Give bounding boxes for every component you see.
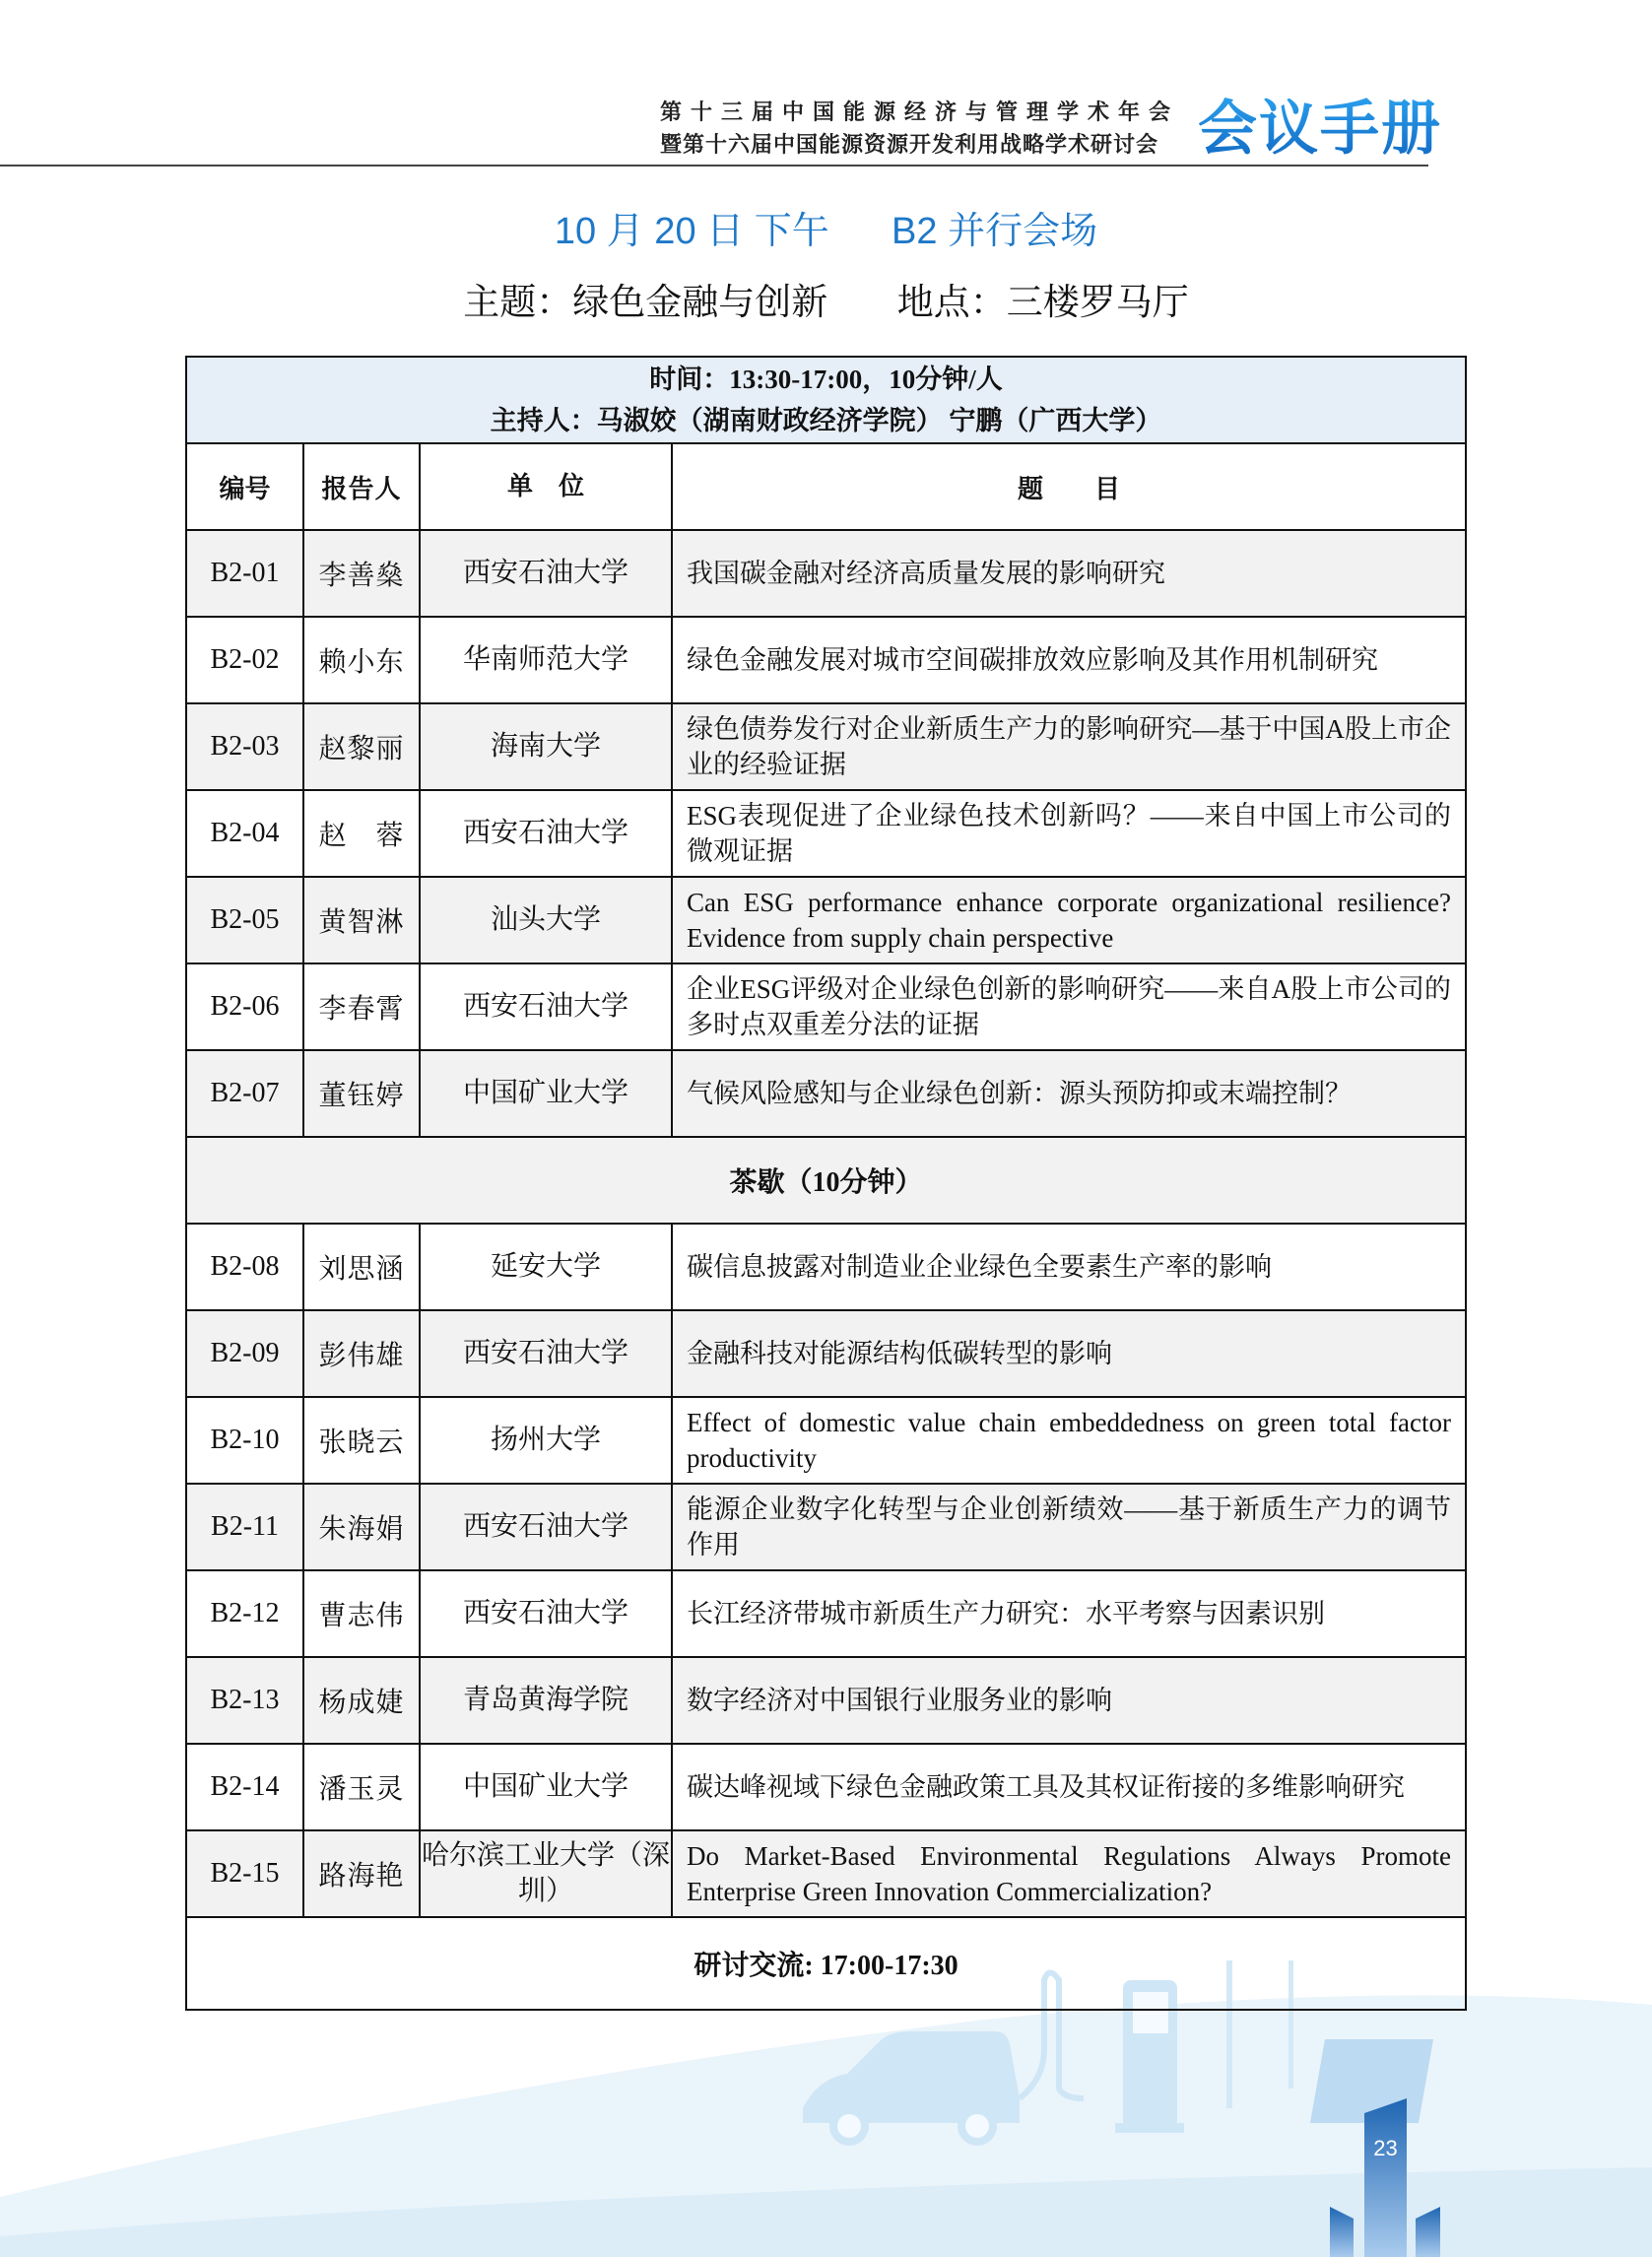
paper-id: B2-02 <box>186 617 303 703</box>
discussion-label: 研讨交流: 17:00-17:30 <box>186 1917 1466 2010</box>
paper-title: ESG表现促进了企业绿色技术创新吗？——来自中国上市公司的微观证据 <box>672 790 1466 877</box>
table-row: B2-06 李春霄 西安石油大学 企业ESG评级对企业绿色创新的影响研究——来自… <box>186 963 1466 1050</box>
column-header-speaker: 报告人 <box>303 443 420 530</box>
speaker-organization: 汕头大学 <box>420 877 672 963</box>
speaker-name: 曹志伟 <box>303 1570 420 1657</box>
conference-name-line2: 暨第十六届中国能源资源开发利用战略学术研讨会 <box>660 130 1179 162</box>
paper-title: 我国碳金融对经济高质量发展的影响研究 <box>672 530 1466 617</box>
speaker-organization: 西安石油大学 <box>420 790 672 877</box>
paper-id: B2-06 <box>186 963 303 1050</box>
conference-name-line1: 第十三届中国能源经济与管理学术年会 <box>660 97 1179 130</box>
paper-id: B2-14 <box>186 1744 303 1830</box>
schedule-table: 时间：13:30-17:00，10分钟/人 主持人：马淑姣（湖南财政经济学院） … <box>185 356 1467 2011</box>
speaker-name: 赵黎丽 <box>303 703 420 790</box>
table-row: B2-09 彭伟雄 西安石油大学 金融科技对能源结构低碳转型的影响 <box>186 1310 1466 1397</box>
session-info-band: 时间：13:30-17:00，10分钟/人 主持人：马淑姣（湖南财政经济学院） … <box>186 357 1466 443</box>
paper-id: B2-09 <box>186 1310 303 1397</box>
paper-title: 企业ESG评级对企业绿色创新的影响研究——来自A股上市公司的多时点双重差分法的证… <box>672 963 1466 1050</box>
speaker-name: 李春霄 <box>303 963 420 1050</box>
paper-title: 长江经济带城市新质生产力研究：水平考察与因素识别 <box>672 1570 1466 1657</box>
speaker-organization: 西安石油大学 <box>420 963 672 1050</box>
paper-id: B2-11 <box>186 1484 303 1570</box>
table-row: B2-10 张晓云 扬州大学 Effect of domestic value … <box>186 1397 1466 1484</box>
table-row: B2-05 黄智淋 汕头大学 Can ESG performance enhan… <box>186 877 1466 963</box>
speaker-organization: 哈尔滨工业大学（深圳） <box>420 1830 672 1917</box>
paper-id: B2-08 <box>186 1224 303 1310</box>
speaker-organization: 华南师范大学 <box>420 617 672 703</box>
speaker-organization: 扬州大学 <box>420 1397 672 1484</box>
paper-title: 碳达峰视域下绿色金融政策工具及其权证衔接的多维影响研究 <box>672 1744 1466 1830</box>
speaker-organization: 中国矿业大学 <box>420 1744 672 1830</box>
paper-id: B2-12 <box>186 1570 303 1657</box>
table-row: B2-13 杨成婕 青岛黄海学院 数字经济对中国银行业服务业的影响 <box>186 1657 1466 1744</box>
speaker-organization: 青岛黄海学院 <box>420 1657 672 1744</box>
table-row: B2-08 刘思涵 延安大学 碳信息披露对制造业企业绿色全要素生产率的影响 <box>186 1224 1466 1310</box>
tea-break-row: 茶歇（10分钟） <box>186 1137 1466 1224</box>
table-row: B2-01 李善燊 西安石油大学 我国碳金融对经济高质量发展的影响研究 <box>186 530 1466 617</box>
table-row: B2-11 朱海娟 西安石油大学 能源企业数字化转型与企业创新绩效——基于新质生… <box>186 1484 1466 1570</box>
column-header-title: 题 目 <box>672 443 1466 530</box>
session-time: 时间：13:30-17:00，10分钟/人 <box>187 359 1465 400</box>
paper-id: B2-04 <box>186 790 303 877</box>
session-title: 10 月 20 日 下午 B2 并行会场 <box>0 207 1652 256</box>
speaker-name: 彭伟雄 <box>303 1310 420 1397</box>
speaker-name: 张晓云 <box>303 1397 420 1484</box>
table-row: B2-14 潘玉灵 中国矿业大学 碳达峰视域下绿色金融政策工具及其权证衔接的多维… <box>186 1744 1466 1830</box>
header-divider <box>0 165 1428 166</box>
speaker-name: 董钰婷 <box>303 1050 420 1137</box>
paper-title: 数字经济对中国银行业服务业的影响 <box>672 1657 1466 1744</box>
table-row: B2-07 董钰婷 中国矿业大学 气候风险感知与企业绿色创新：源头预防抑或末端控… <box>186 1050 1466 1137</box>
paper-title: 能源企业数字化转型与企业创新绩效——基于新质生产力的调节作用 <box>672 1484 1466 1570</box>
paper-id: B2-07 <box>186 1050 303 1137</box>
speaker-organization: 延安大学 <box>420 1224 672 1310</box>
table-row: B2-12 曹志伟 西安石油大学 长江经济带城市新质生产力研究：水平考察与因素识… <box>186 1570 1466 1657</box>
paper-title: 绿色金融发展对城市空间碳排放效应影响及其作用机制研究 <box>672 617 1466 703</box>
speaker-name: 黄智淋 <box>303 877 420 963</box>
speaker-organization: 中国矿业大学 <box>420 1050 672 1137</box>
speaker-name: 杨成婕 <box>303 1657 420 1744</box>
paper-id: B2-03 <box>186 703 303 790</box>
column-header-organization: 单 位 <box>420 443 672 530</box>
speaker-name: 朱海娟 <box>303 1484 420 1570</box>
column-header-id: 编号 <box>186 443 303 530</box>
speaker-organization: 海南大学 <box>420 703 672 790</box>
session-info-cell: 时间：13:30-17:00，10分钟/人 主持人：马淑姣（湖南财政经济学院） … <box>186 357 1466 443</box>
paper-id: B2-10 <box>186 1397 303 1484</box>
page-number: 23 <box>1363 2136 1408 2161</box>
paper-title: 金融科技对能源结构低碳转型的影响 <box>672 1310 1466 1397</box>
paper-id: B2-15 <box>186 1830 303 1917</box>
conference-name: 第十三届中国能源经济与管理学术年会 暨第十六届中国能源资源开发利用战略学术研讨会 <box>660 97 1179 162</box>
paper-id: B2-01 <box>186 530 303 617</box>
paper-id: B2-05 <box>186 877 303 963</box>
paper-title: Effect of domestic value chain embeddedn… <box>672 1397 1466 1484</box>
speaker-name: 潘玉灵 <box>303 1744 420 1830</box>
paper-title: Can ESG performance enhance corporate or… <box>672 877 1466 963</box>
discussion-row: 研讨交流: 17:00-17:30 <box>186 1917 1466 2010</box>
speaker-organization: 西安石油大学 <box>420 1310 672 1397</box>
table-row: B2-04 赵 蓉 西安石油大学 ESG表现促进了企业绿色技术创新吗？——来自中… <box>186 790 1466 877</box>
speaker-organization: 西安石油大学 <box>420 1570 672 1657</box>
paper-title: 绿色债券发行对企业新质生产力的影响研究—基于中国A股上市企业的经验证据 <box>672 703 1466 790</box>
speaker-name: 李善燊 <box>303 530 420 617</box>
speaker-organization: 西安石油大学 <box>420 530 672 617</box>
tea-break-label: 茶歇（10分钟） <box>186 1137 1466 1224</box>
table-row: B2-02 赖小东 华南师范大学 绿色金融发展对城市空间碳排放效应影响及其作用机… <box>186 617 1466 703</box>
handbook-title: 会议手册 <box>1198 95 1442 164</box>
speaker-name: 刘思涵 <box>303 1224 420 1310</box>
table-header-row: 编号 报告人 单 位 题 目 <box>186 443 1466 530</box>
speaker-name: 赖小东 <box>303 617 420 703</box>
speaker-name: 赵 蓉 <box>303 790 420 877</box>
speaker-name: 路海艳 <box>303 1830 420 1917</box>
paper-title: 气候风险感知与企业绿色创新：源头预防抑或末端控制？ <box>672 1050 1466 1137</box>
session-hosts: 主持人：马淑姣（湖南财政经济学院） 宁鹏（广西大学） <box>187 400 1465 441</box>
table-row: B2-15 路海艳 哈尔滨工业大学（深圳） Do Market-Based En… <box>186 1830 1466 1917</box>
paper-title: 碳信息披露对制造业企业绿色全要素生产率的影响 <box>672 1224 1466 1310</box>
session-subtitle: 主题：绿色金融与创新 地点：三楼罗马厅 <box>0 278 1652 327</box>
table-row: B2-03 赵黎丽 海南大学 绿色债券发行对企业新质生产力的影响研究—基于中国A… <box>186 703 1466 790</box>
speaker-organization: 西安石油大学 <box>420 1484 672 1570</box>
paper-title: Do Market-Based Environmental Regulation… <box>672 1830 1466 1917</box>
page-header: 第十三届中国能源经济与管理学术年会 暨第十六届中国能源资源开发利用战略学术研讨会… <box>0 0 1652 172</box>
paper-id: B2-13 <box>186 1657 303 1744</box>
